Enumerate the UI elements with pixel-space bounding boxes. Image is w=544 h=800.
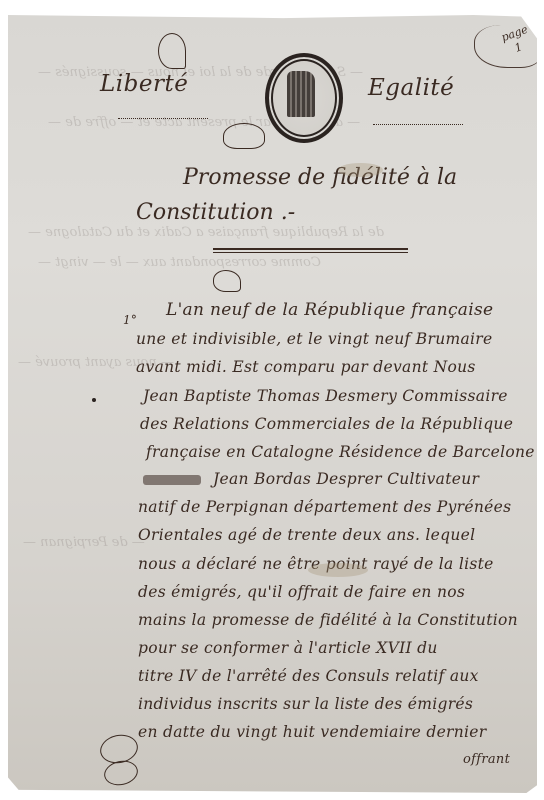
struck-out-word <box>143 475 201 485</box>
bleed-through-text: Comme correspondant aux — le — vingt — <box>38 255 321 270</box>
body-line: Orientales agé de trente deux ans. leque… <box>138 526 475 544</box>
body-line: natif de Perpignan département des Pyrén… <box>138 498 511 516</box>
ink-stain <box>308 563 368 577</box>
document-page: — Sous la garde de la loi el nous — sous… <box>8 15 537 793</box>
body-line: L'an neuf de la République française <box>166 300 493 320</box>
body-line: mains la promesse de fidélité à la Const… <box>138 611 518 629</box>
page-number: 1 <box>513 40 524 55</box>
flourish-mark <box>213 270 241 292</box>
body-line: en datte du vingt huit vendemiaire derni… <box>138 723 486 741</box>
body-line: individus inscrits sur la liste des émig… <box>138 695 473 713</box>
body-line: titre IV de l'arrêté des Consuls relatif… <box>138 667 479 685</box>
ink-stain <box>338 163 383 177</box>
page-number-annotation: page 1 <box>474 25 537 68</box>
header-egalite: Egalité <box>368 75 454 101</box>
catchword: offrant <box>463 752 510 767</box>
ink-dot <box>92 398 96 402</box>
body-line: Jean Bordas Desprer Cultivateur <box>213 470 479 488</box>
bleed-through-text: — de Perpignan — <box>23 535 145 550</box>
margin-number: 1° <box>123 313 137 327</box>
title-line-2: Constitution .- <box>136 200 295 225</box>
body-line: Jean Baptiste Thomas Desmery Commissaire <box>143 387 508 405</box>
body-line: des Relations Commerciales de la Républi… <box>140 415 513 433</box>
flourish-mark <box>223 123 265 149</box>
title-line-1: Promesse de fidélité à la <box>183 165 457 190</box>
bleed-through-text: de la Republique française a Cadix et du… <box>28 225 384 240</box>
paraph-flourish <box>102 758 140 789</box>
body-line: pour se conformer à l'article XVII du <box>138 639 438 657</box>
body-line: des émigrés, qu'il offrait de faire en n… <box>138 583 465 601</box>
seal-figure-icon <box>287 71 315 117</box>
title-rule <box>213 248 408 250</box>
body-line: française en Catalogne Résidence de Barc… <box>146 443 535 461</box>
body-line: une et indivisible, et le vingt neuf Bru… <box>136 330 492 348</box>
underline-flourish <box>373 119 463 125</box>
flourish-mark <box>158 33 186 69</box>
title-rule <box>213 252 408 253</box>
body-line: avant midi. Est comparu par devant Nous <box>136 358 476 376</box>
underline-flourish <box>118 113 208 119</box>
header-liberte: Liberté <box>100 71 188 97</box>
republican-seal-stamp <box>265 53 343 143</box>
